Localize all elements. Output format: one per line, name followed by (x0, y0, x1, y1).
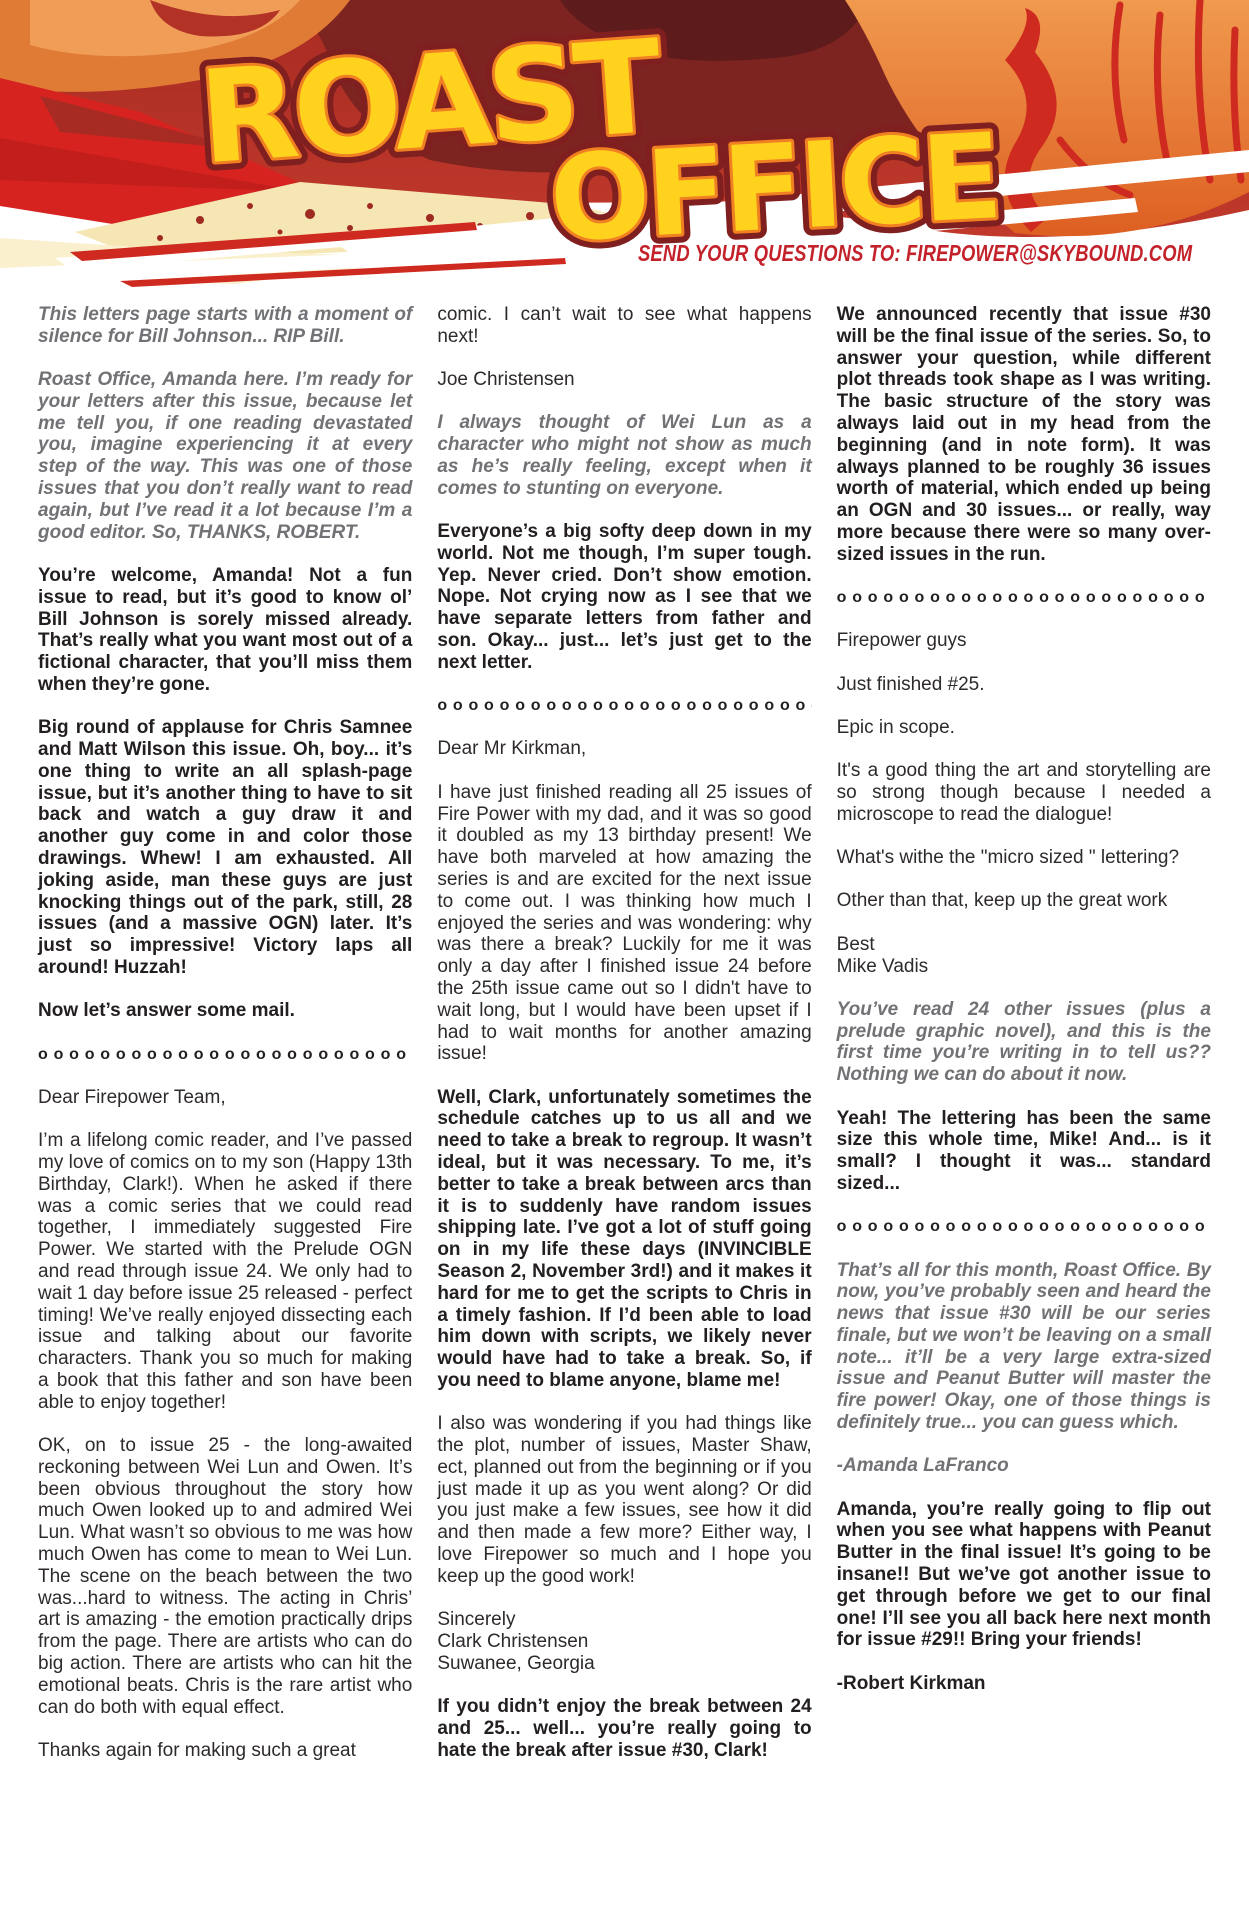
paragraph: Big round of applause for Chris Samnee a… (38, 717, 412, 979)
paragraph: Joe Christensen (437, 369, 811, 391)
paragraph: Best Mike Vadis (837, 934, 1211, 978)
paragraph: You’ve read 24 other issues (plus a prel… (837, 999, 1211, 1086)
section-separator: oooooooooooooooooooooooooo (837, 1216, 1211, 1238)
paragraph: That’s all for this month, Roast Office.… (837, 1260, 1211, 1434)
paragraph: Well, Clark, unfortunately sometimes the… (437, 1087, 811, 1392)
paragraph: I also was wondering if you had things l… (437, 1413, 811, 1587)
paragraph: Sincerely Clark Christensen Suwanee, Geo… (437, 1609, 811, 1674)
paragraph: Thanks again for making such a great (38, 1740, 412, 1762)
paragraph: I always thought of Wei Lun as a charact… (437, 412, 811, 499)
paragraph: OK, on to issue 25 - the long-awaited re… (38, 1435, 412, 1718)
paragraph: Just finished #25. (837, 674, 1211, 696)
submission-tagline: SEND YOUR QUESTIONS TO: FIREPOWER@SKYBOU… (638, 240, 1054, 267)
column-2: comic. I can’t wait to see what happens … (437, 304, 811, 1783)
section-separator: oooooooooooooooooooooooooo (837, 587, 1211, 609)
paragraph: You’re welcome, Amanda! Not a fun issue … (38, 565, 412, 696)
paragraph: I have just finished reading all 25 issu… (437, 782, 811, 1065)
paragraph: This letters page starts with a moment o… (38, 304, 412, 348)
paragraph: We announced recently that issue #30 wil… (837, 304, 1211, 566)
paragraph: It's a good thing the art and storytelli… (837, 760, 1211, 825)
paragraph: Other than that, keep up the great work (837, 890, 1211, 912)
letters-columns: This letters page starts with a moment o… (0, 300, 1249, 1783)
page-header: ROAST ROAST OFFICE OFFICE SEND YOUR QUES… (0, 0, 1249, 300)
section-separator: oooooooooooooooooooooooooo (38, 1044, 412, 1066)
paragraph: Amanda, you’re really going to flip out … (837, 1499, 1211, 1652)
letters-page: ROAST ROAST OFFICE OFFICE SEND YOUR QUES… (0, 0, 1249, 1920)
section-separator: oooooooooooooooooooooooooo (437, 695, 811, 717)
paragraph: -Amanda LaFranco (837, 1455, 1211, 1477)
paragraph: Epic in scope. (837, 717, 1211, 739)
paragraph: Yeah! The lettering has been the same si… (837, 1108, 1211, 1195)
paragraph: Roast Office, Amanda here. I’m ready for… (38, 369, 412, 543)
paragraph: Now let’s answer some mail. (38, 1000, 412, 1022)
paragraph: Firepower guys (837, 630, 1211, 652)
column-1: This letters page starts with a moment o… (38, 304, 412, 1783)
column-3: We announced recently that issue #30 wil… (837, 304, 1211, 1783)
paragraph: What's withe the "micro sized " letterin… (837, 847, 1211, 869)
paragraph: Dear Firepower Team, (38, 1087, 412, 1109)
paragraph: Dear Mr Kirkman, (437, 738, 811, 760)
paragraph: Everyone’s a big softy deep down in my w… (437, 521, 811, 674)
paragraph: I’m a lifelong comic reader, and I’ve pa… (38, 1130, 412, 1413)
paragraph: If you didn’t enjoy the break between 24… (437, 1696, 811, 1761)
paragraph: -Robert Kirkman (837, 1673, 1211, 1695)
paragraph: comic. I can’t wait to see what happens … (437, 304, 811, 348)
